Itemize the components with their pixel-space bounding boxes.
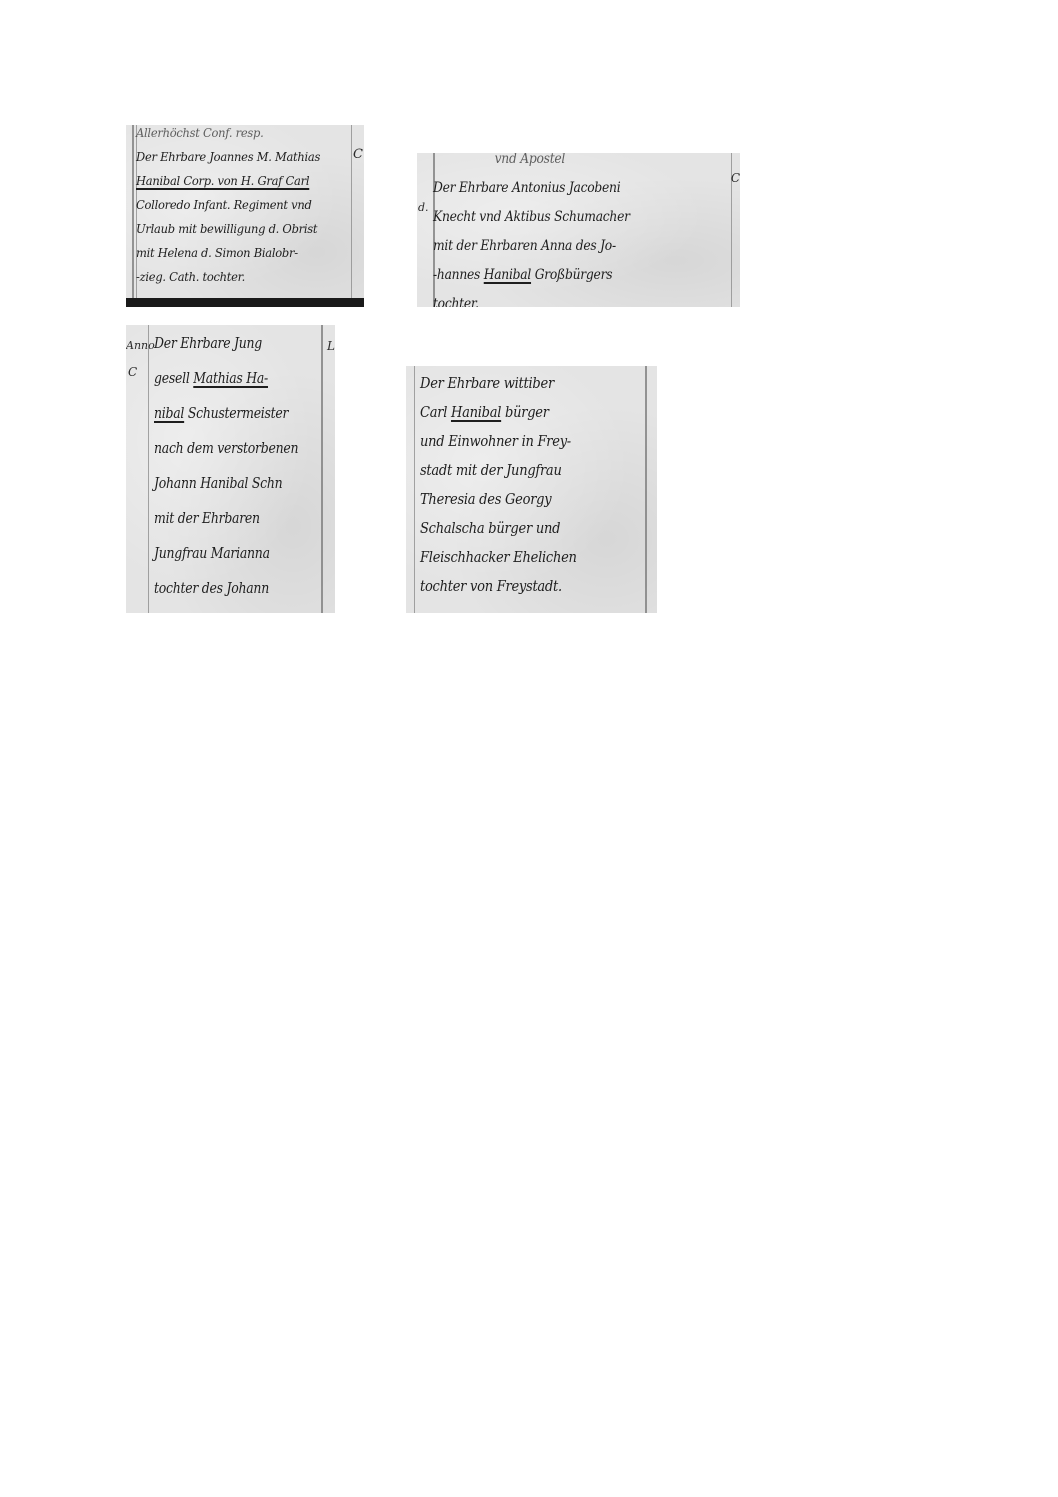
text-line: tochter von Freystadt. bbox=[420, 573, 577, 602]
text-line: tochter des Johann bbox=[154, 572, 298, 607]
text-line: stadt mit der Jungfrau bbox=[420, 457, 577, 486]
margin-note: d. bbox=[418, 201, 429, 214]
handwritten-text: Allerhöchst Conf. resp. Der Ehrbare Joan… bbox=[136, 125, 320, 289]
margin-rule bbox=[148, 325, 149, 613]
margin-note: C bbox=[353, 147, 363, 162]
text-line: mit Helena d. Simon Bialobr- bbox=[136, 241, 320, 265]
text-line: Allerhöchst Conf. resp. bbox=[136, 125, 320, 145]
register-scan-1: Allerhöchst Conf. resp. Der Ehrbare Joan… bbox=[126, 125, 364, 307]
text-line: Schalscha bürger und bbox=[420, 515, 577, 544]
text-line: Hanibal Corp. von H. Graf Carl bbox=[136, 169, 320, 193]
text-line: vnd Apostel bbox=[433, 153, 630, 174]
text-line: Der Ehrbare Jung bbox=[154, 327, 298, 362]
text-line: Der Ehrbare wittiber bbox=[420, 370, 577, 399]
margin-rule bbox=[321, 325, 323, 613]
margin-rule bbox=[351, 125, 352, 307]
text-line: Jungfrau Marianna bbox=[154, 537, 298, 572]
text-line: Urlaub mit bewilligung d. Obrist bbox=[136, 217, 320, 241]
text-line: Fleischhacker Ehelichen bbox=[420, 544, 577, 573]
text-line: -hannes Hanibal Großbürgers bbox=[433, 261, 630, 290]
register-scan-2: vnd Apostel Der Ehrbare Antonius Jacoben… bbox=[417, 153, 740, 307]
text-line: Der Ehrbare Joannes M. Mathias bbox=[136, 145, 320, 169]
register-scan-4: Der Ehrbare wittiber Carl Hanibal bürger… bbox=[406, 366, 657, 613]
margin-note: Anno bbox=[126, 339, 155, 352]
text-line: mit der Ehrbaren bbox=[154, 502, 298, 537]
text-line: und Einwohner in Frey- bbox=[420, 428, 577, 457]
handwritten-text: Der Ehrbare wittiber Carl Hanibal bürger… bbox=[420, 370, 577, 602]
margin-note: C bbox=[731, 171, 740, 185]
margin-rule bbox=[645, 366, 647, 613]
scan-edge-shadow bbox=[126, 298, 364, 307]
text-line: Knecht vnd Aktibus Schumacher bbox=[433, 203, 630, 232]
text-line: Colloredo Infant. Regiment vnd bbox=[136, 193, 320, 217]
text-line: Johann Hanibal Schn bbox=[154, 467, 298, 502]
text-line: nibal Schustermeister bbox=[154, 397, 298, 432]
text-line: Der Ehrbare Antonius Jacobeni bbox=[433, 174, 630, 203]
text-line: mit der Ehrbaren Anna des Jo- bbox=[433, 232, 630, 261]
text-line: Carl Hanibal bürger bbox=[420, 399, 577, 428]
text-line: gesell Mathias Ha- bbox=[154, 362, 298, 397]
text-line: Danielzik Bürgers bbox=[154, 607, 298, 613]
text-line: -zieg. Cath. tochter. bbox=[136, 265, 320, 289]
margin-note: L bbox=[327, 339, 335, 353]
text-line: Theresia des Georgy bbox=[420, 486, 577, 515]
margin-note: C bbox=[128, 365, 137, 379]
register-scan-3: Der Ehrbare Jung gesell Mathias Ha- niba… bbox=[126, 325, 335, 613]
margin-rule bbox=[414, 366, 415, 613]
text-line: tochter. bbox=[433, 290, 630, 307]
handwritten-text: Der Ehrbare Jung gesell Mathias Ha- niba… bbox=[154, 327, 298, 613]
text-line: nach dem verstorbenen bbox=[154, 432, 298, 467]
margin-rule bbox=[132, 125, 134, 307]
handwritten-text: vnd Apostel Der Ehrbare Antonius Jacoben… bbox=[433, 153, 630, 307]
